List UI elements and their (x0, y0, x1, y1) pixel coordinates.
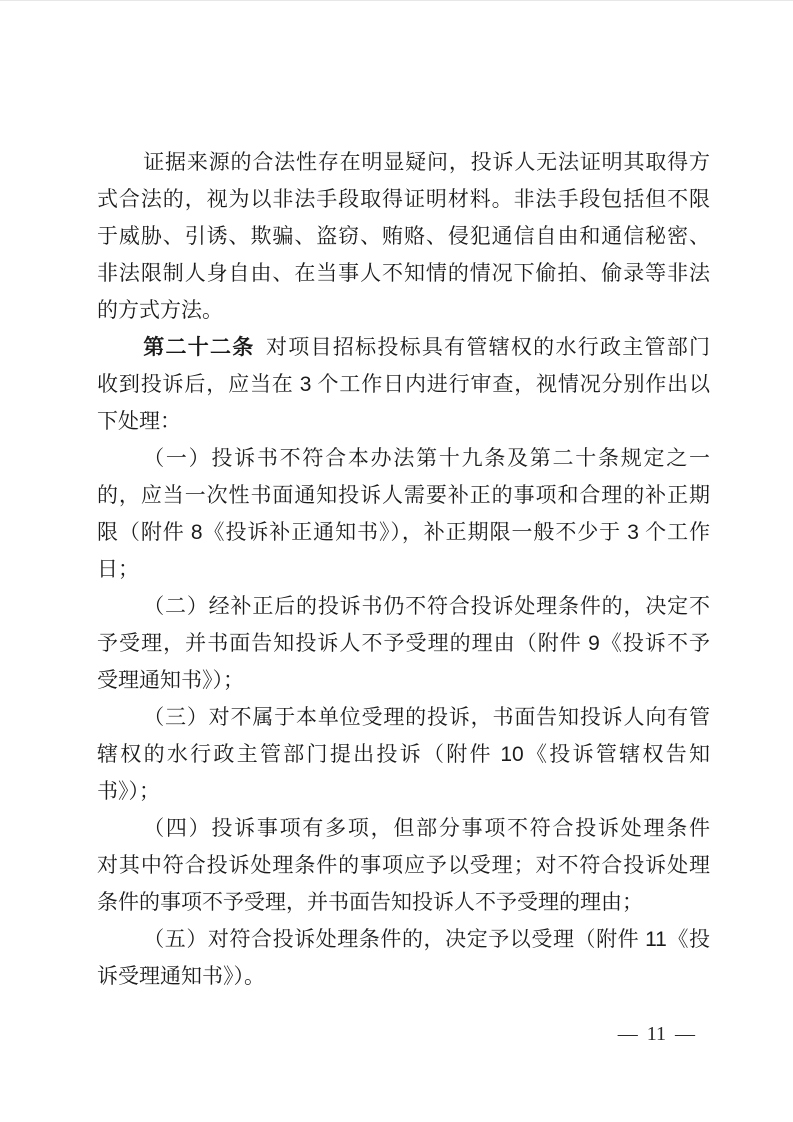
clause-5: （五）对符合投诉处理条件的，决定予以受理（附件 11《投 诉受理通知书》）。 (97, 921, 710, 995)
page-number: — 11 — (618, 1023, 695, 1045)
document-page: { "doc": { "p1": { "lines": [ "证据来源的合法性存… (0, 0, 793, 1122)
page-footer: — 11 — (618, 1021, 695, 1047)
text-line: 证据来源的合法性存在明显疑问，投诉人无法证明其取得方 (97, 144, 710, 181)
text-line: 对其中符合投诉处理条件的事项应予以受理；对不符合投诉处理 (97, 847, 710, 884)
text-line: 书》）； (97, 773, 710, 810)
text-line: 诉受理通知书》）。 (97, 958, 710, 995)
text-line: 非法限制人身自由、在当事人不知情的情况下偷拍、偷录等非法 (97, 255, 710, 292)
text-line: 的，应当一次性书面通知投诉人需要补正的事项和合理的补正期 (97, 477, 710, 514)
text-line: （三）对不属于本单位受理的投诉，书面告知投诉人向有管 (97, 699, 710, 736)
text-line: （五）对符合投诉处理条件的，决定予以受理（附件 11《投 (97, 921, 710, 958)
text-line: 于威胁、引诱、欺骗、盗窃、贿赂、侵犯通信自由和通信秘密、 (97, 218, 710, 255)
clause-1: （一）投诉书不符合本办法第十九条及第二十条规定之一 的，应当一次性书面通知投诉人… (97, 440, 710, 588)
text-line: （二）经补正后的投诉书仍不符合投诉处理条件的，决定不 (97, 588, 710, 625)
paragraph-evidence-legality: 证据来源的合法性存在明显疑问，投诉人无法证明其取得方 式合法的，视为以非法手段取… (97, 144, 710, 329)
text-line: 条件的事项不予受理，并书面告知投诉人不予受理的理由； (97, 884, 710, 921)
text-line: 下处理： (97, 403, 710, 440)
text-line: （一）投诉书不符合本办法第十九条及第二十条规定之一 (97, 440, 710, 477)
text-line: 予受理，并书面告知投诉人不予受理的理由（附件 9《投诉不予 (97, 625, 710, 662)
document-body: 证据来源的合法性存在明显疑问，投诉人无法证明其取得方 式合法的，视为以非法手段取… (97, 144, 710, 995)
text-line: 限（附件 8《投诉补正通知书》），补正期限一般不少于 3 个工作 (97, 514, 710, 551)
text-line: 式合法的，视为以非法手段取得证明材料。非法手段包括但不限 (97, 181, 710, 218)
paragraph-article-22: 第二十二条对项目招标投标具有管辖权的水行政主管部门 收到投诉后，应当在 3 个工… (97, 329, 710, 440)
text-line: 的方式方法。 (97, 292, 710, 329)
clause-3: （三）对不属于本单位受理的投诉，书面告知投诉人向有管 辖权的水行政主管部门提出投… (97, 699, 710, 810)
text-line: 受理通知书》）； (97, 662, 710, 699)
text-line: 辖权的水行政主管部门提出投诉（附件 10《投诉管辖权告知 (97, 736, 710, 773)
text-line: 第二十二条对项目招标投标具有管辖权的水行政主管部门 (97, 329, 710, 366)
clause-4: （四）投诉事项有多项，但部分事项不符合投诉处理条件的， 对其中符合投诉处理条件的… (97, 810, 710, 921)
text-line: 收到投诉后，应当在 3 个工作日内进行审查，视情况分别作出以 (97, 366, 710, 403)
article-number: 第二十二条 (143, 336, 254, 359)
clause-2: （二）经补正后的投诉书仍不符合投诉处理条件的，决定不 予受理，并书面告知投诉人不… (97, 588, 710, 699)
article-text: 对项目招标投标具有管辖权的水行政主管部门 (266, 335, 710, 359)
text-line: （四）投诉事项有多项，但部分事项不符合投诉处理条件的， (97, 810, 710, 847)
text-line: 日； (97, 551, 710, 588)
